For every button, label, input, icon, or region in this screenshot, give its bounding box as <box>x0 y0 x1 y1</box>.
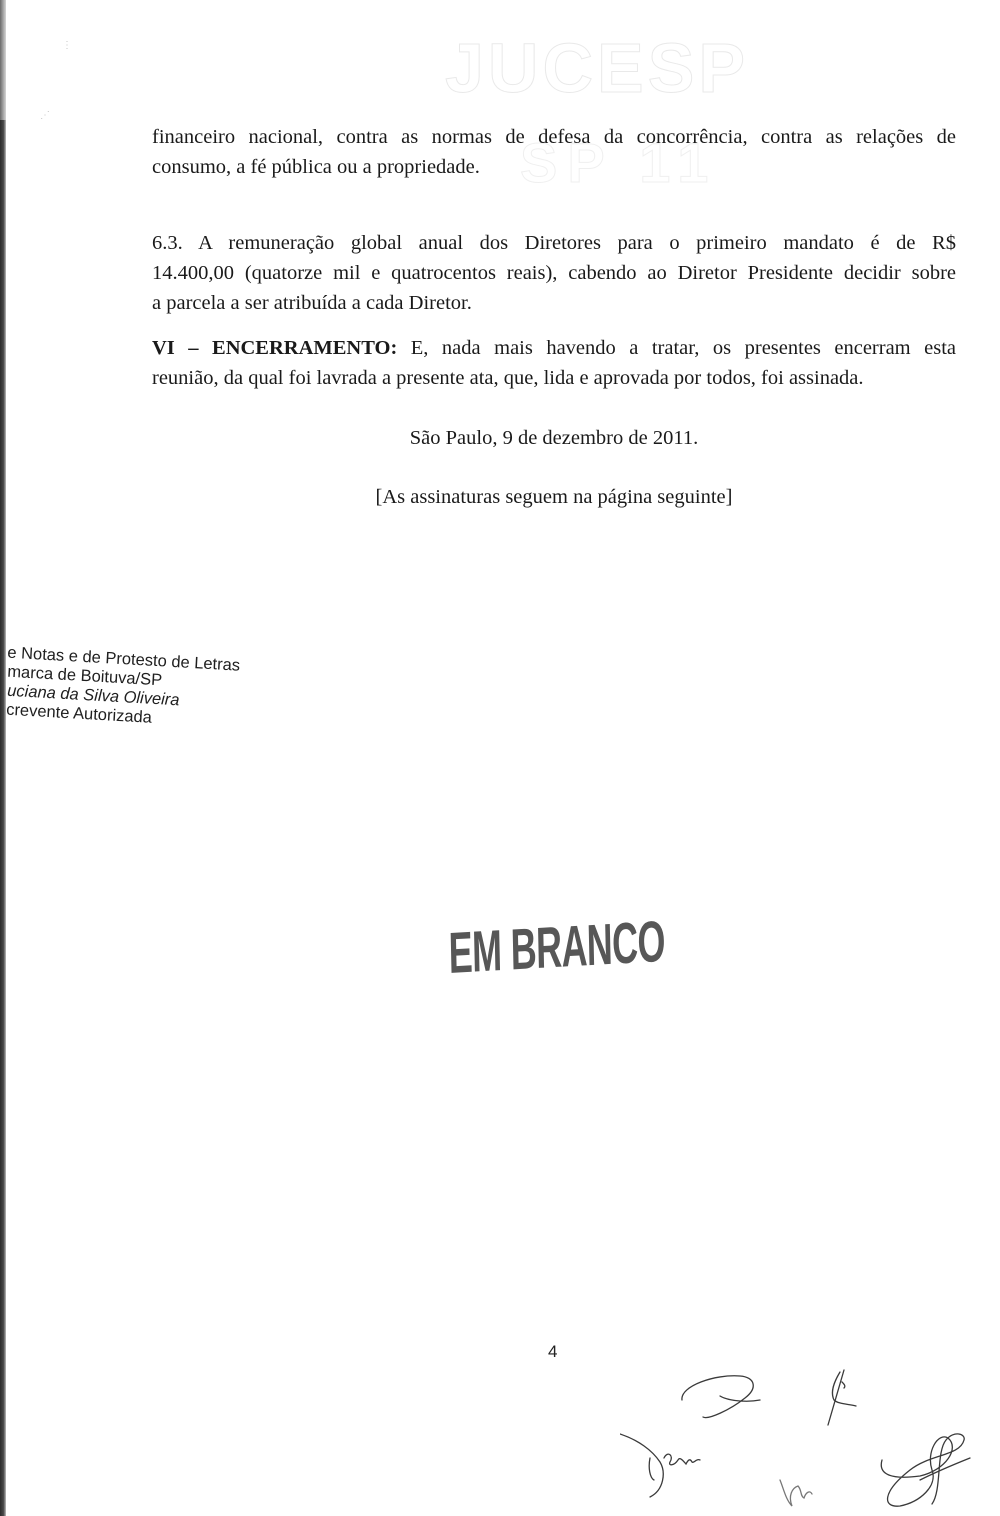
paragraph-6-2-continuation: financeiro nacional, contra as normas de… <box>152 122 956 182</box>
jucesp-watermark: JUCESP <box>445 28 749 108</box>
section-heading: VI – ENCERRAMENTO: <box>152 337 397 359</box>
signature-5 <box>881 1434 970 1506</box>
text-line: financeiro nacional, contra as normas de… <box>152 122 956 152</box>
em-branco-stamp: EM BRANCO <box>448 908 665 987</box>
signature-2 <box>828 1370 856 1425</box>
scan-speck: ⋰ <box>40 110 50 121</box>
signature-note: [As assinaturas seguem na página seguint… <box>152 482 956 512</box>
signature-4 <box>780 1480 812 1506</box>
text-line: 6.3. A remuneração global anual dos Dire… <box>152 228 956 258</box>
signature-3-denis <box>620 1434 700 1497</box>
scan-edge <box>0 0 6 1516</box>
signatures-icon <box>620 1330 1000 1516</box>
paragraph-6-3: 6.3. A remuneração global anual dos Dire… <box>152 228 956 318</box>
text-line: consumo, a fé pública ou a propriedade. <box>152 152 956 182</box>
page-number: 4 <box>548 1342 557 1362</box>
text-line: reunião, da qual foi lavrada a presente … <box>152 363 956 393</box>
scan-edge-top <box>0 0 6 120</box>
heading-rest: E, nada mais havendo a tratar, os presen… <box>397 337 956 359</box>
text-line: VI – ENCERRAMENTO: E, nada mais havendo … <box>152 333 956 363</box>
text-line: 14.400,00 (quatorze mil e quatrocentos r… <box>152 258 956 288</box>
section-encerramento: VI – ENCERRAMENTO: E, nada mais havendo … <box>152 333 956 393</box>
signature-1 <box>682 1376 760 1418</box>
text-line: a parcela a ser atribuída a cada Diretor… <box>152 288 956 318</box>
signature-area <box>620 1330 1000 1516</box>
scan-speck: ⋮ <box>62 40 72 51</box>
date-line: São Paulo, 9 de dezembro de 2011. <box>152 423 956 453</box>
notary-stamp: e Notas e de Protesto de Letras marca de… <box>0 641 241 733</box>
